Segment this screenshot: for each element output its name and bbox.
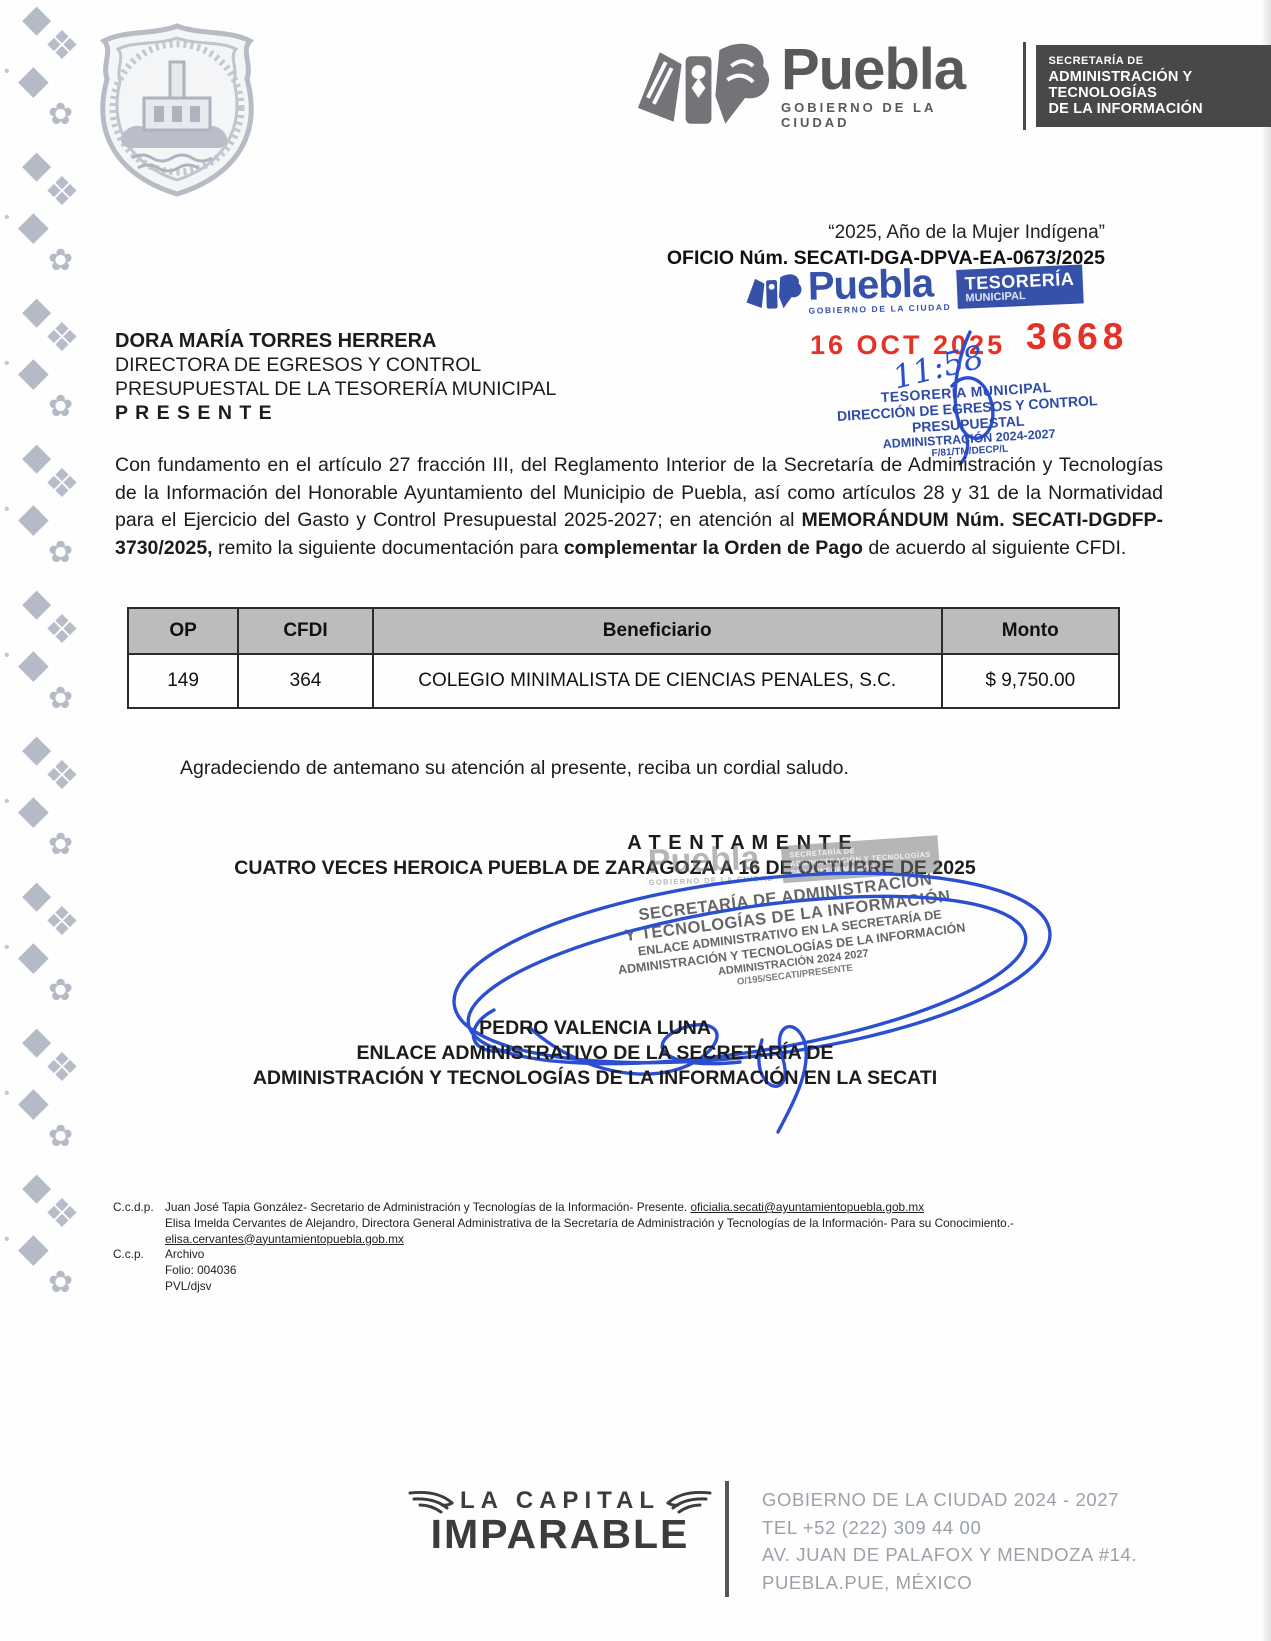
quatrefoil-glyph: ❖ (44, 26, 80, 66)
ccp-row: C.c.p. Archivo (113, 1247, 1173, 1263)
pattern-unit: ◆❖◆✿• (0, 584, 95, 730)
pattern-unit: ◆❖◆✿• (0, 1022, 95, 1168)
puebla-logo-blue-icon (741, 267, 804, 319)
accent-glyph: • (4, 648, 10, 664)
footer-line-gobierno: GOBIERNO DE LA CIUDAD 2024 - 2027 (762, 1486, 1137, 1514)
secretariat-line2: ADMINISTRACIÓN Y TECNOLOGÍAS (1048, 69, 1259, 101)
flower-glyph: ✿ (48, 1268, 73, 1298)
ccdp-text-1: Juan José Tapia González- Secretario de … (165, 1200, 1173, 1216)
scanned-oficio-document: ◆❖◆✿•◆❖◆✿•◆❖◆✿•◆❖◆✿•◆❖◆✿•◆❖◆✿•◆❖◆✿•◆❖◆✿•… (0, 0, 1271, 1641)
pen-signature-icon (402, 860, 1102, 1165)
accent-glyph: • (4, 502, 10, 518)
quatrefoil-glyph: ❖ (44, 318, 80, 358)
footer-contact-info: GOBIERNO DE LA CIUDAD 2024 - 2027 TEL +5… (762, 1486, 1137, 1596)
body-part-3: remito la siguiente documentación para (213, 537, 564, 559)
scan-edge-shadow (1261, 0, 1271, 1641)
quatrefoil-glyph: ❖ (44, 902, 80, 942)
quatrefoil-glyph: ❖ (44, 610, 80, 650)
ccdp-email-2: elisa.cervantes@ayuntamientopuebla.gob.m… (165, 1232, 1173, 1248)
footer-line-city: PUEBLA.PUE, MÉXICO (762, 1569, 1137, 1597)
ccp-line-3: PVL/djsv (165, 1279, 1173, 1295)
quatrefoil-glyph: ❖ (44, 464, 80, 504)
body-orden-pago: complementar la Orden de Pago (564, 537, 863, 559)
footer-line-address: AV. JUAN DE PALAFOX Y MENDOZA #14. (762, 1541, 1137, 1569)
diamond-glyph: ◆ (18, 936, 49, 976)
quatrefoil-glyph: ❖ (44, 756, 80, 796)
diamond-glyph: ◆ (18, 644, 49, 684)
puebla-logo-icon (628, 36, 775, 136)
diamond-glyph: ◆ (18, 60, 49, 100)
wing-left-icon (408, 1488, 454, 1514)
flower-glyph: ✿ (48, 538, 73, 568)
logo-text-imparable: IMPARABLE (390, 1511, 730, 1558)
flower-glyph: ✿ (48, 684, 73, 714)
recipient-title-2: PRESUPUESTAL DE LA TESORERÍA MUNICIPAL (115, 377, 556, 401)
diamond-glyph: ◆ (18, 498, 49, 538)
table-row: 149 364 COLEGIO MINIMALISTA DE CIENCIAS … (128, 654, 1119, 708)
cell-beneficiario: COLEGIO MINIMALISTA DE CIENCIAS PENALES,… (373, 654, 942, 708)
year-legend: “2025, Año de la Mujer Indígena” (500, 222, 1105, 244)
secretariat-line3: DE LA INFORMACIÓN (1048, 101, 1259, 117)
received-folio-stamp: 3668 (1026, 316, 1128, 358)
col-header-op: OP (128, 608, 238, 654)
signer-name: PEDRO VALENCIA LUNA (115, 1016, 1075, 1041)
col-header-cfdi: CFDI (238, 608, 373, 654)
accent-glyph: • (4, 1086, 10, 1102)
col-header-beneficiario: Beneficiario (373, 608, 942, 654)
quatrefoil-glyph: ❖ (44, 1194, 80, 1234)
body-paragraph: Con fundamento en el artículo 27 fracció… (115, 452, 1163, 562)
quatrefoil-glyph: ❖ (44, 1048, 80, 1088)
cfdi-table: OP CFDI Beneficiario Monto 149 364 COLEG… (127, 607, 1120, 709)
diamond-glyph: ◆ (18, 352, 49, 392)
tesoreria-received-stamp-logo: Puebla GOBIERNO DE LA CIUDAD TESORERÍA M… (741, 260, 1083, 319)
accent-glyph: • (4, 1232, 10, 1248)
footer-divider (725, 1481, 729, 1597)
cc-block: C.c.d.p. Juan José Tapia González- Secre… (113, 1200, 1173, 1295)
tesoreria-banner: TESORERÍA MUNICIPAL (956, 264, 1083, 308)
accent-glyph: • (4, 940, 10, 956)
footer-line-tel: TEL +52 (222) 309 44 00 (762, 1514, 1137, 1542)
ccp-label: C.c.p. (113, 1247, 165, 1263)
thanks-line: Agradeciendo de antemano su atención al … (180, 757, 849, 780)
pattern-unit: ◆❖◆✿• (0, 438, 95, 584)
cell-cfdi: 364 (238, 654, 373, 708)
ccp-line-2: Folio: 004036 (165, 1263, 1173, 1279)
flower-glyph: ✿ (48, 246, 73, 276)
pattern-unit: ◆❖◆✿• (0, 876, 95, 1022)
signer-title-2: ADMINISTRACIÓN Y TECNOLOGÍAS DE LA INFOR… (115, 1066, 1075, 1091)
accent-glyph: • (4, 64, 10, 80)
diamond-glyph: ◆ (18, 1082, 49, 1122)
city-crest-icon (82, 20, 272, 205)
signer-title-1: ENLACE ADMINISTRATIVO DE LA SECRETARÍA D… (115, 1041, 1075, 1066)
flower-glyph: ✿ (48, 100, 73, 130)
puebla-gov-brand: Puebla GOBIERNO DE LA CIUDAD SECRETARÍA … (628, 36, 1271, 136)
secretariat-line1: SECRETARÍA DE (1048, 55, 1259, 67)
ccdp-label: C.c.d.p. (113, 1200, 165, 1216)
recipient-salutation: P R E S E N T E (115, 401, 556, 425)
recipient-title-1: DIRECTORA DE EGRESOS Y CONTROL (115, 353, 556, 377)
flower-glyph: ✿ (48, 976, 73, 1006)
brand-divider (1023, 42, 1026, 130)
ccdp-line-2: Elisa Imelda Cervantes de Alejandro, Dir… (165, 1216, 1173, 1232)
stamp-wordmark: Puebla (807, 264, 951, 304)
brand-wordmark: Puebla (781, 42, 1010, 97)
secretariat-banner: SECRETARÍA DE ADMINISTRACIÓN Y TECNOLOGÍ… (1036, 45, 1271, 127)
ccdp-email-1: oficialia.secati@ayuntamientopuebla.gob.… (690, 1200, 924, 1214)
accent-glyph: • (4, 210, 10, 226)
body-part-5: de acuerdo al siguiente CFDI. (863, 537, 1126, 559)
recipient-name: DORA MARÍA TORRES HERRERA (115, 329, 556, 353)
cell-op: 149 (128, 654, 238, 708)
flower-glyph: ✿ (48, 830, 73, 860)
flower-glyph: ✿ (48, 392, 73, 422)
la-capital-imparable-logo: LA CAPITAL IMPARABLE (390, 1487, 730, 1558)
col-header-monto: Monto (942, 608, 1120, 654)
pattern-unit: ◆❖◆✿• (0, 1168, 95, 1309)
cell-monto: $ 9,750.00 (942, 654, 1120, 708)
ccp-line-1: Archivo (165, 1247, 1173, 1263)
ccdp-line-1: Juan José Tapia González- Secretario de … (165, 1200, 690, 1214)
signer-block: PEDRO VALENCIA LUNA ENLACE ADMINISTRATIV… (115, 1016, 1075, 1091)
accent-glyph: • (4, 356, 10, 372)
diamond-glyph: ◆ (18, 206, 49, 246)
pattern-unit: ◆❖◆✿• (0, 292, 95, 438)
accent-glyph: • (4, 794, 10, 810)
pattern-unit: ◆❖◆✿• (0, 146, 95, 292)
pattern-unit: ◆❖◆✿• (0, 0, 95, 146)
table-header-row: OP CFDI Beneficiario Monto (128, 608, 1119, 654)
diamond-glyph: ◆ (18, 790, 49, 830)
quatrefoil-glyph: ❖ (44, 172, 80, 212)
ccdp-row-1: C.c.d.p. Juan José Tapia González- Secre… (113, 1200, 1173, 1216)
flower-glyph: ✿ (48, 1122, 73, 1152)
pattern-unit: ◆❖◆✿• (0, 730, 95, 876)
talavera-border-pattern: ◆❖◆✿•◆❖◆✿•◆❖◆✿•◆❖◆✿•◆❖◆✿•◆❖◆✿•◆❖◆✿•◆❖◆✿•… (0, 0, 95, 1309)
brand-tagline: GOBIERNO DE LA CIUDAD (781, 100, 1010, 130)
diamond-glyph: ◆ (18, 1228, 49, 1268)
recipient-block: DORA MARÍA TORRES HERRERA DIRECTORA DE E… (115, 329, 556, 425)
